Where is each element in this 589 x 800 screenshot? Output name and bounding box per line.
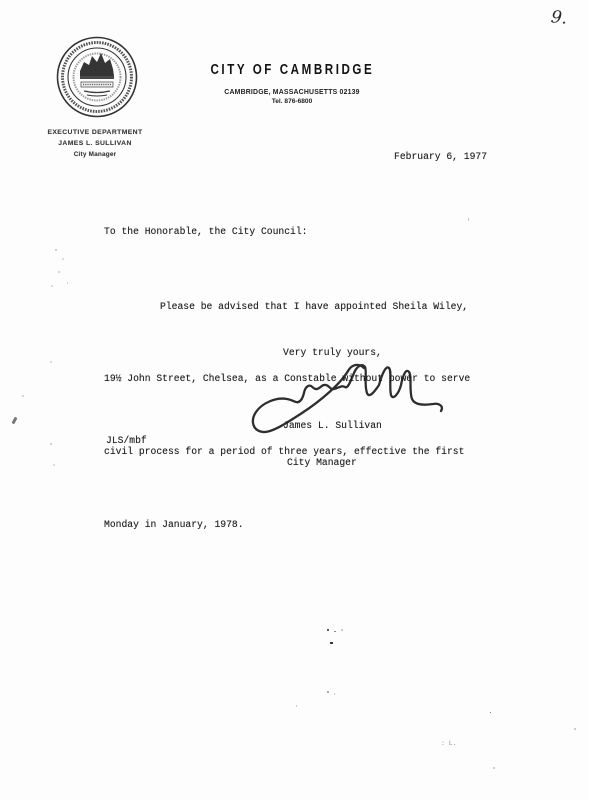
scan-speck xyxy=(67,282,68,284)
letterhead: CITY OF CAMBRIDGE CAMBRIDGE, MASSACHUSET… xyxy=(160,61,424,105)
body-line: Please be advised that I have appointed … xyxy=(104,295,470,319)
reference-initials: JLS/mbf xyxy=(106,435,147,446)
signed-title: City Manager xyxy=(283,457,382,469)
scan-speck xyxy=(22,395,24,397)
handwritten-page-number: 9. xyxy=(550,7,568,29)
scan-speck xyxy=(334,631,336,632)
body-line: Monday in January, 1978. xyxy=(104,513,470,537)
scan-speck xyxy=(327,691,329,693)
letterhead-phone: Tel. 876-6800 xyxy=(160,98,424,105)
scan-speck xyxy=(55,249,57,251)
manager-name: JAMES L. SULLIVAN xyxy=(34,139,156,150)
scan-speck xyxy=(53,464,55,466)
signed-name: James L. Sullivan xyxy=(283,420,382,432)
scan-speck xyxy=(493,767,495,769)
scan-speck xyxy=(330,642,333,644)
scan-speck xyxy=(490,712,491,713)
scan-speck xyxy=(62,258,64,260)
letterhead-address: CAMBRIDGE, MASSACHUSETTS 02139 xyxy=(160,89,424,96)
scan-speck xyxy=(51,285,53,287)
scan-speck xyxy=(574,728,576,730)
letter-closing: Very truly yours, xyxy=(283,347,382,358)
scanned-letter-page: 9. CITY OF CAMBRIDGE CAMBRIDGE, MASSACHU… xyxy=(0,0,589,800)
city-of-cambridge-seal-icon xyxy=(56,36,138,118)
scan-artifact-text: : L. xyxy=(441,740,457,747)
department-name: EXECUTIVE DEPARTMENT xyxy=(34,128,156,139)
scan-pen-mark xyxy=(12,417,18,425)
scan-speck xyxy=(50,361,52,363)
scan-speck xyxy=(296,705,297,707)
scan-speck xyxy=(327,629,329,631)
scan-speck xyxy=(58,271,60,273)
letterhead-title: CITY OF CAMBRIDGE xyxy=(210,62,374,78)
department-block: EXECUTIVE DEPARTMENT JAMES L. SULLIVAN C… xyxy=(34,128,156,160)
letter-salutation: To the Honorable, the City Council: xyxy=(104,226,307,237)
scan-speck xyxy=(341,629,343,631)
signature-block: James L. Sullivan City Manager xyxy=(283,396,382,494)
manager-title: City Manager xyxy=(34,150,156,161)
scan-speck xyxy=(334,693,335,695)
scan-speck xyxy=(50,443,52,445)
scan-speck xyxy=(468,218,469,221)
letter-date: February 6, 1977 xyxy=(394,151,487,162)
